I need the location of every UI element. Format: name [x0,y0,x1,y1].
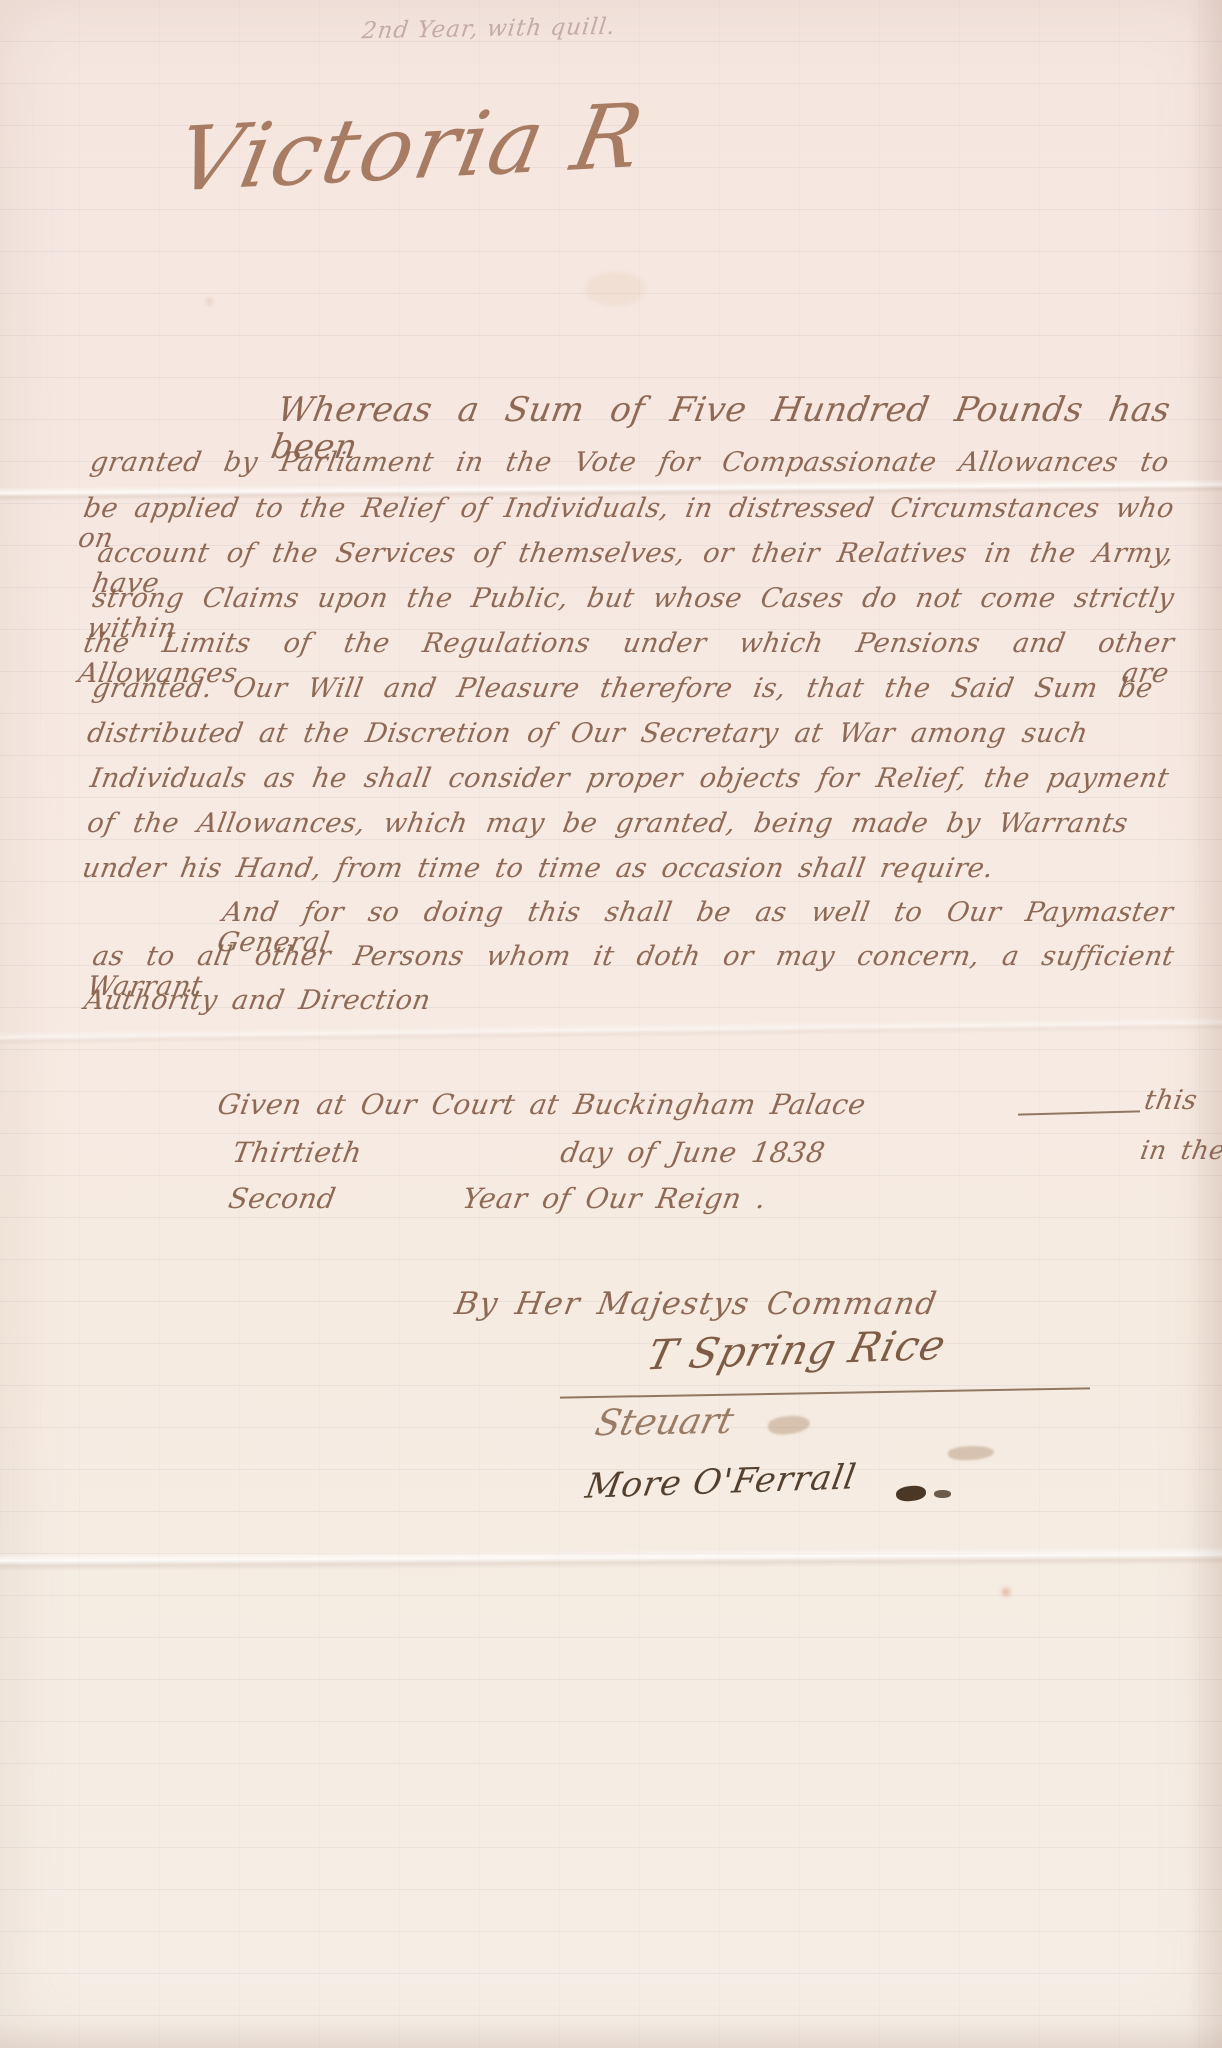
fold-crease-middle [0,1016,1222,1046]
ruled-paper-lines [0,0,1222,2048]
body-line-2: granted by Parliament in the Vote for Co… [88,448,1171,478]
foxing-spot [206,298,213,305]
ink-smudge [767,1413,811,1437]
dateline-dash [1018,1110,1140,1115]
paper-stain [585,272,645,306]
signature-more-oferrall: More O'Ferrall [583,1457,860,1507]
dateline-day-name: Thirtieth [230,1136,365,1169]
pencil-annotation: 2nd Year, with quill. [360,14,617,44]
ink-blot [895,1484,926,1502]
dateline-year-word: Second [226,1182,338,1215]
ink-blot-dash [934,1490,951,1498]
body-line-14: Authority and Direction [82,986,687,1016]
dateline-day-of: day of June 1838 [558,1136,828,1169]
ink-smudge [948,1444,995,1461]
fold-crease-lower [0,1547,1222,1572]
paper-edge-bottom [0,2022,1222,2048]
body-line-11: under his Hand, from time to time as occ… [80,854,1165,884]
manuscript-warrant-page: 2nd Year, with quill. Victoria R Whereas… [0,0,1222,2048]
signature-flourish-line [560,1387,1090,1398]
body-line-8: distributed at the Discretion of Our Sec… [85,719,1090,749]
signature-spring-rice: T Spring Rice [642,1321,951,1380]
signature-steuart: Steuart [591,1401,737,1445]
body-line-7: granted. Our Will and Pleasure therefore… [90,674,1155,704]
command-line: By Her Majestys Command [452,1286,940,1322]
body-line-9: Individuals as he shall consider proper … [88,764,1171,794]
royal-signature-victoria: Victoria R [168,83,652,212]
body-line-10: of the Allowances, which may be granted,… [85,809,1130,839]
paper-edge-right [1188,0,1222,2048]
foxing-spot [1002,1588,1010,1596]
dateline-year-of: Year of Our Reign . [460,1182,769,1215]
dateline-given: Given at Our Court at Buckingham Palace [215,1088,868,1121]
